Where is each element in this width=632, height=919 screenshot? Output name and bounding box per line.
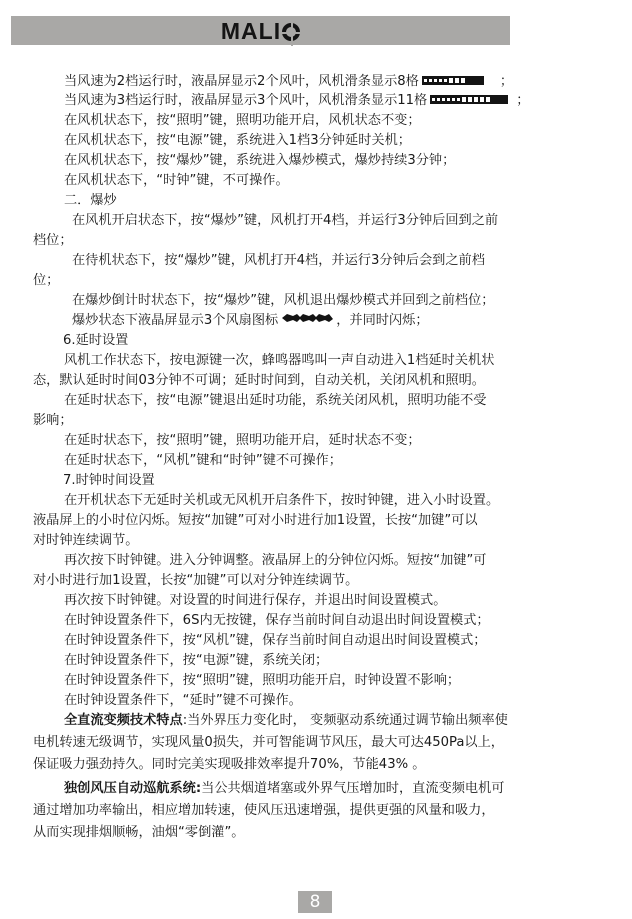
text-line: 通过增加功率输出，相应增加转速，使风压迅速增强，提供更强的风量和吸力， [33, 801, 495, 821]
text-line: 独创风压自动巡航系统:当公共烟道堵塞或外界气压增加时，直流变频电机可 [64, 779, 504, 799]
text-line: 在开机状态下无延时关机或无风机开启条件下，按时钟键，进入小时设置。 [64, 491, 499, 511]
header-bar: MALI [11, 16, 510, 45]
text-line: 在待机状态下，按“爆炒”键，风机打开4档，并运行3分钟后会到之前档 [72, 251, 485, 271]
text-line: 在时钟设置条件下，按“风机”键，保存当前时间自动退出时间设置模式； [64, 631, 486, 651]
text-line: 在风机开启状态下，按“爆炒”键，风机打开4档，并运行3分钟后回到之前 [72, 211, 498, 231]
text-line: 在时钟设置条件下，按“电源”键，系统关闭； [64, 651, 328, 671]
text-line: 在风机状态下，按“爆炒”键，系统进入爆炒模式，爆炒持续3分钟； [64, 151, 455, 171]
text-line: 对时钟连续调节。 [33, 531, 139, 551]
fan-slider-11-icon [430, 95, 508, 104]
brand-text: MALI [221, 18, 281, 44]
text-line: 对小时进行加1设置，长按“加键”可以对分钟连续调节。 [33, 571, 358, 591]
text-line: 风机工作状态下，按电源键一次，蜂鸣器鸣叫一声自动进入1档延时关机状 [64, 351, 494, 371]
feature-title-dc-inverter: 全直流变频技术特点 [64, 713, 183, 728]
text-line: 位； [33, 271, 59, 291]
text-line: 在时钟设置条件下，按“照明”键，照明功能开启，时钟设置不影响； [64, 671, 460, 691]
text-line: 再次按下时钟键。进入分钟调整。液晶屏上的分钟位闪烁。短按“加键”可 [64, 551, 486, 571]
text-line: 从而实现排烟顺畅，油烟“零倒灌”。 [33, 823, 244, 843]
text-line: 液晶屏上的小时位闪烁。短按“加键”可对小时进行加1设置，长按“加键”可以 [33, 511, 478, 531]
section-heading-stir-fry: 二．爆炒 [64, 191, 117, 211]
text-line: 在爆炒倒计时状态下，按“爆炒”键，风机退出爆炒模式并回到之前档位； [72, 291, 494, 311]
text-line: 在风机状态下，按“照明”键，照明功能开启，风机状态不变； [64, 111, 421, 131]
text-line: 保证吸力强劲持久。同时完美实现吸排效率提升70%，节能43% 。 [33, 755, 426, 775]
text-line: 在延时状态下，“风机”键和“时钟”键不可操作； [64, 451, 342, 471]
fan-icons [281, 313, 333, 323]
section-heading-clock: 7.时钟时间设置 [63, 471, 155, 491]
text-line: 当风速为3档运行时，液晶屏显示3个风叶，风机滑条显示11格； [64, 91, 529, 111]
feature-title-pressure-cruise: 独创风压自动巡航系统: [64, 781, 201, 796]
logo-crosshair-icon [282, 23, 300, 41]
text-line: 在时钟设置条件下，“延时”键不可操作。 [64, 691, 302, 711]
text-line: 在风机状态下，“时钟”键，不可操作。 [64, 171, 289, 191]
text-line: 态，默认延时时间03分钟不可调；延时时间到，自动关机，关闭风机和照明。 [33, 371, 485, 391]
text-line: 当风速为2档运行时，液晶屏显示2个风叶，风机滑条显示8格； [64, 72, 513, 92]
text-line: 在延时状态下，按“电源”键退出延时功能，系统关闭风机，照明功能不受 [64, 391, 486, 411]
fan-slider-8-icon [422, 76, 484, 85]
text-line: 全直流变频技术特点:当外界压力变化时， 变频驱动系统通过调节输出频率使 [64, 711, 508, 731]
text-line: 档位； [33, 231, 73, 251]
text-line: 电机转速无级调节，实现风量0损失，并可智能调节风压，最大可达450Pa以上， [33, 733, 504, 753]
text-line: 影响； [33, 411, 73, 431]
text-line: 再次按下时钟键。对设置的时间进行保存，并退出时间设置模式。 [64, 591, 446, 611]
section-heading-delay: 6.延时设置 [63, 331, 128, 351]
brand-logo: MALI [11, 19, 510, 43]
text-line: 在延时状态下，按“照明”键，照明功能开启，延时状态不变； [64, 431, 421, 451]
text-line: 爆炒状态下液晶屏显示3个风扇图标，并同时闪烁； [72, 311, 429, 331]
text-line: 在风机状态下，按“电源”键，系统进入1档3分钟延时关机； [64, 131, 411, 151]
text-line: 在时钟设置条件下，6S内无按键，保存当前时间自动退出时间设置模式； [64, 611, 490, 631]
page-number: 8 [298, 891, 332, 913]
